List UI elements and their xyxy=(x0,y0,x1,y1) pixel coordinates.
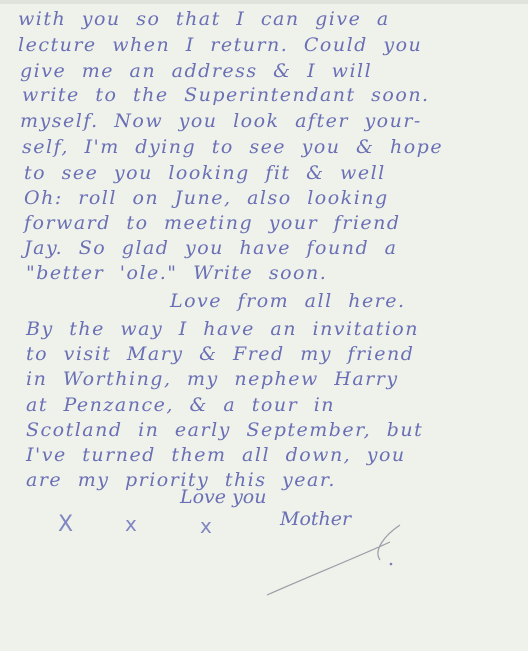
letter-line-1: with you so that I can give a xyxy=(18,8,390,30)
letter-line-16: at Penzance, & a tour in xyxy=(26,394,335,416)
letter-line-14: to visit Mary & Fred my friend xyxy=(26,343,414,365)
letter-page: with you so that I can give a lecture wh… xyxy=(0,0,528,651)
letter-line-13: By the way I have an invitation xyxy=(26,318,419,340)
letter-line-15: in Worthing, my nephew Harry xyxy=(26,368,399,390)
letter-line-5: myself. Now you look after your- xyxy=(20,110,422,132)
kiss-mark-3: x xyxy=(200,514,212,538)
letter-line-12: Love from all here. xyxy=(170,290,406,312)
kiss-mark-2: x xyxy=(125,512,137,536)
letter-line-2: lecture when I return. Could you xyxy=(18,34,422,56)
paper-top-edge xyxy=(0,0,528,4)
letter-line-3: give me an address & I will xyxy=(20,60,372,82)
letter-line-4: write to the Superintendant soon. xyxy=(22,84,430,106)
closing-text: Love you xyxy=(180,486,266,508)
letter-line-18: I've turned them all down, you xyxy=(26,444,406,466)
kiss-mark-1: X xyxy=(58,512,73,537)
letter-line-6: self, I'm dying to see you & hope xyxy=(22,136,443,158)
letter-line-8: Oh: roll on June, also looking xyxy=(24,187,389,209)
letter-line-9: forward to meeting your friend xyxy=(24,212,401,234)
letter-line-11: "better 'ole." Write soon. xyxy=(26,262,327,284)
letter-line-7: to see you looking fit & well xyxy=(24,162,386,184)
letter-line-17: Scotland in early September, but xyxy=(26,419,423,441)
letter-line-10: Jay. So glad you have found a xyxy=(24,237,398,259)
signature-flourish-icon xyxy=(265,520,415,600)
